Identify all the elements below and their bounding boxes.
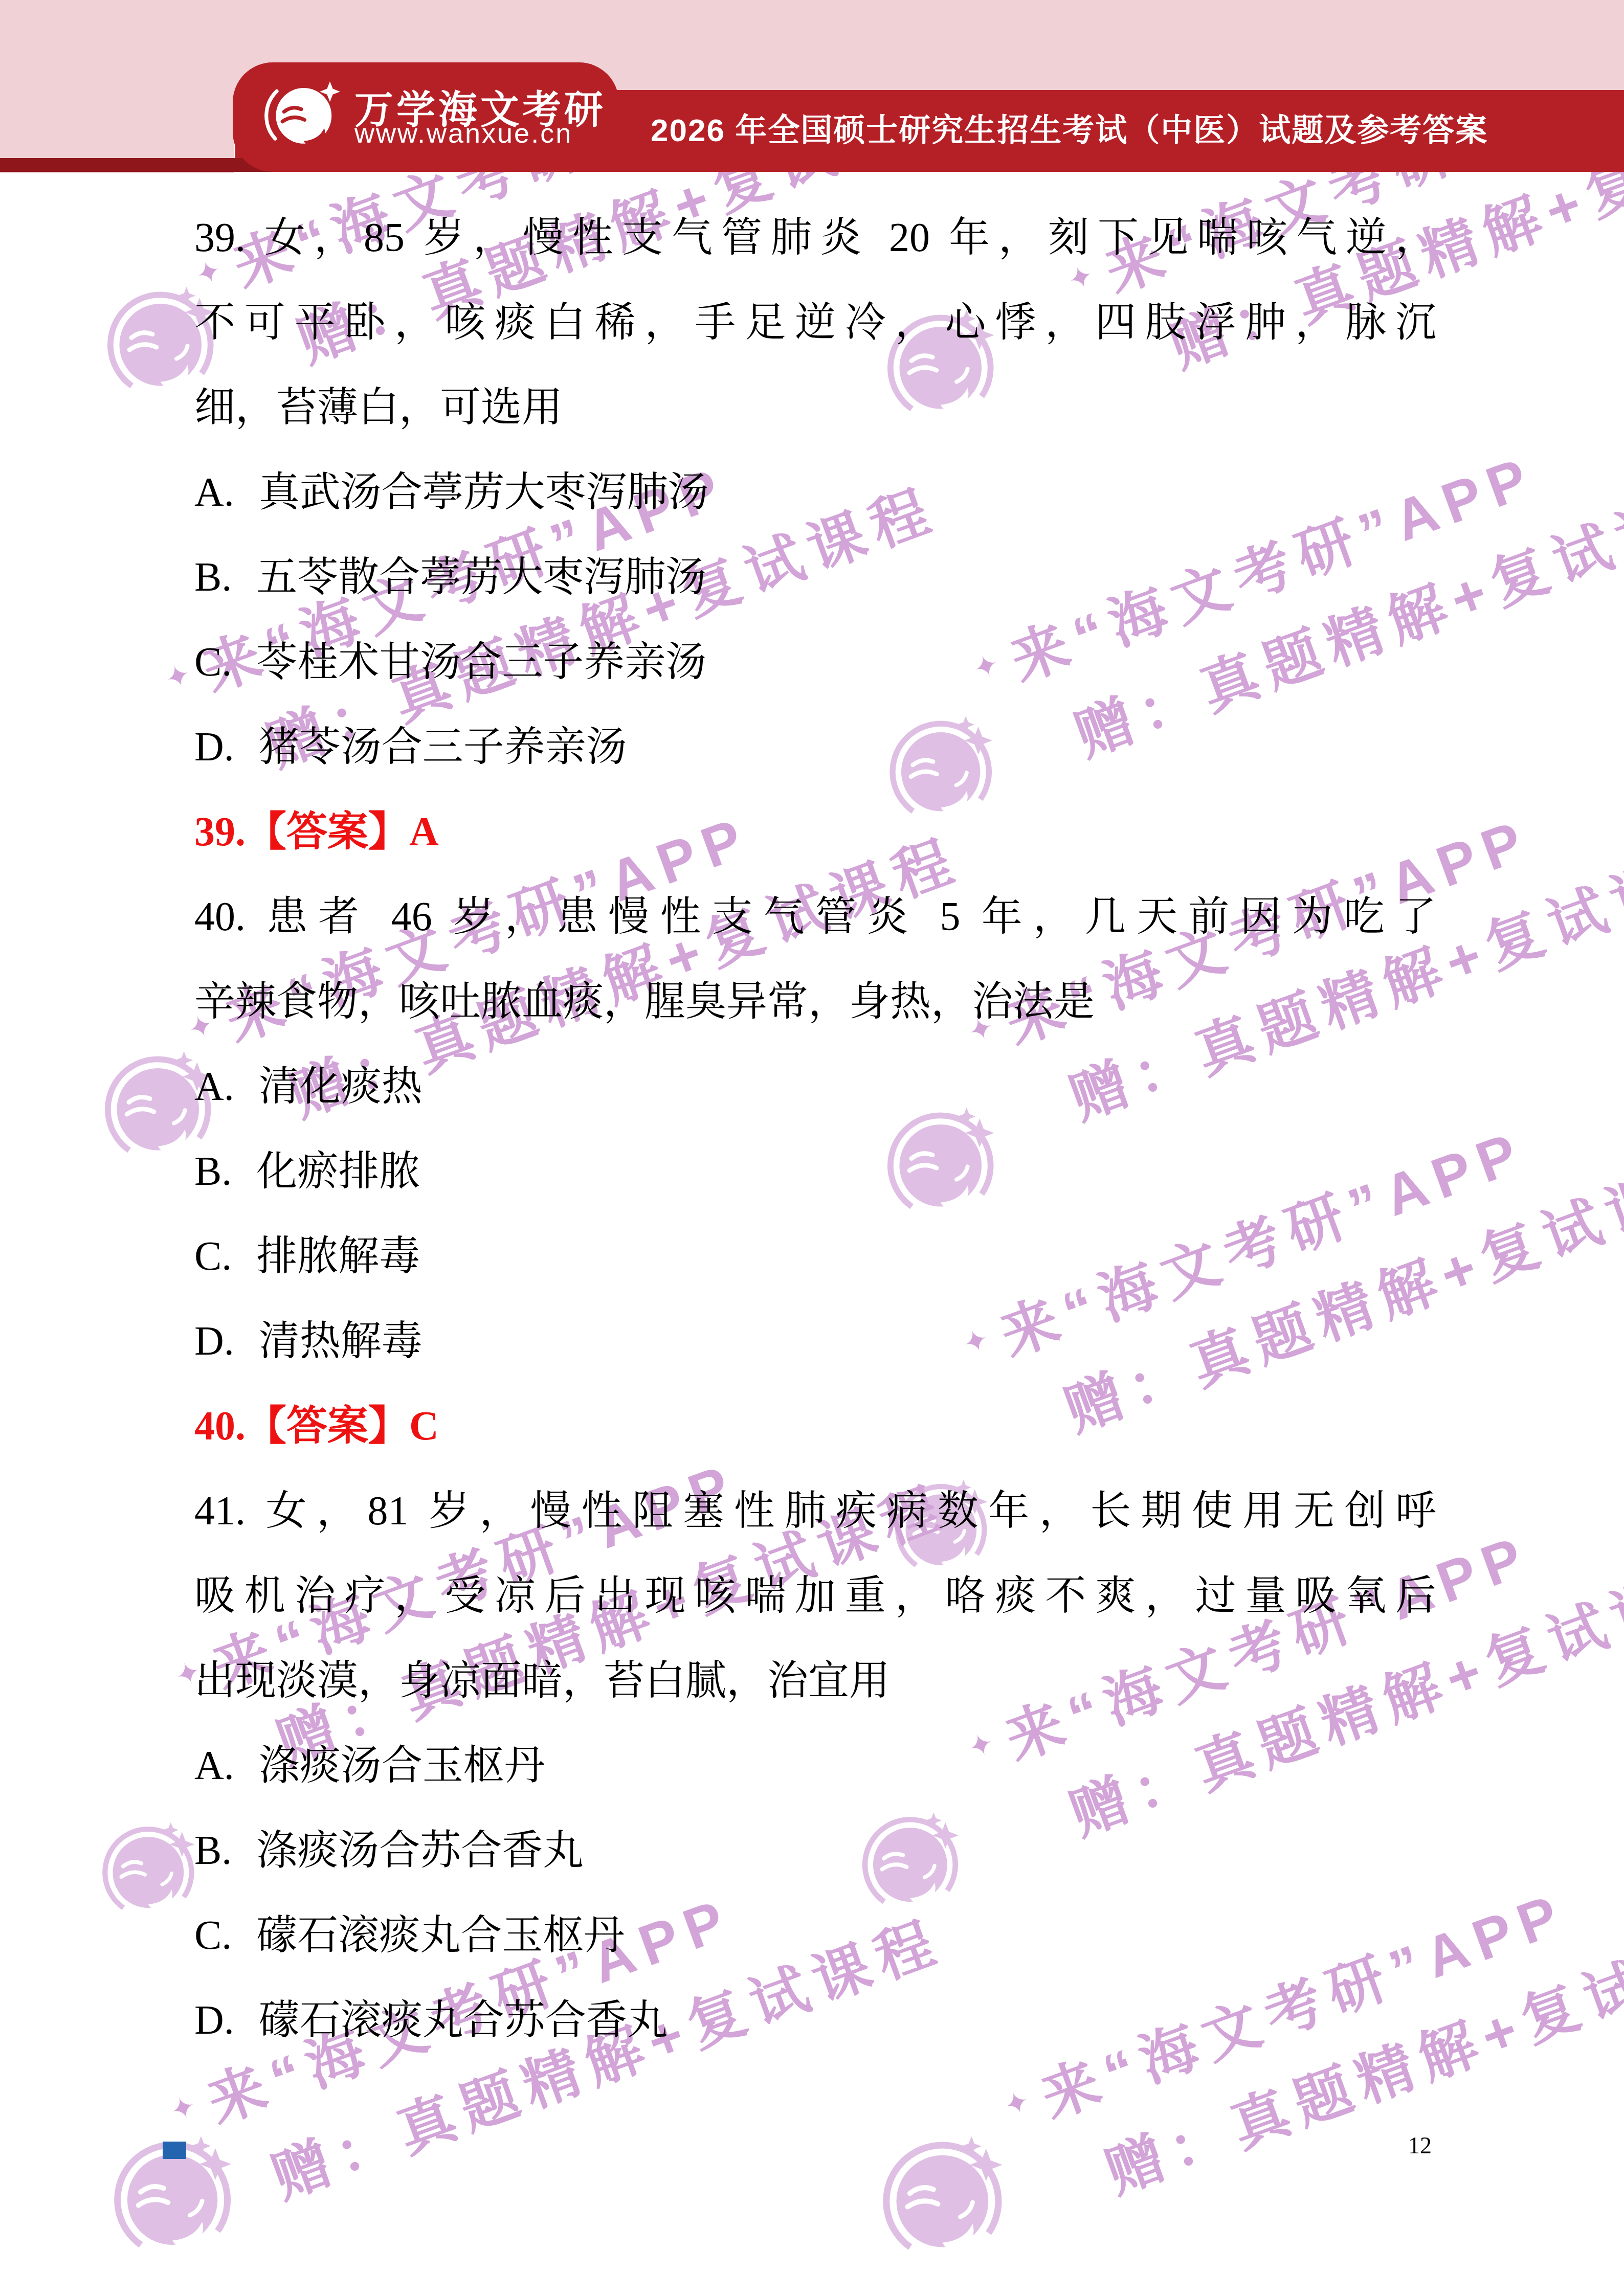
option-letter: B. xyxy=(194,555,232,600)
option-letter: C. xyxy=(194,1913,232,1958)
option-text: 清化痰热 xyxy=(259,1064,422,1109)
question-40-option-b: B.化瘀排脓 xyxy=(194,1129,1436,1214)
option-text: 真武汤合葶苈大枣泻肺汤 xyxy=(259,470,709,515)
sparkle-icon: ✦ xyxy=(166,2089,201,2129)
option-letter: B. xyxy=(194,1828,232,1873)
question-39-option-d: D.猪苓汤合三子养亲汤 xyxy=(194,705,1436,790)
option-letter: A. xyxy=(194,1064,234,1109)
option-letter: C. xyxy=(194,640,232,685)
option-text: 苓桂术甘汤合三子养亲汤 xyxy=(256,640,706,685)
question-39-line-1: 39. 女，85 岁，慢性支气管肺炎 20 年，刻下见喘咳气逆， xyxy=(194,195,1436,280)
question-39-option-a: A.真武汤合葶苈大枣泻肺汤 xyxy=(194,450,1436,535)
option-letter: C. xyxy=(194,1234,232,1279)
page: ✦来“海文考研”APP 赠：真题精解+复试课程 ✦来“海文考研”APP 赠：真题… xyxy=(0,0,1624,2296)
question-41-option-b: B.涤痰汤合苏合香丸 xyxy=(194,1808,1436,1893)
wanxue-logo-icon xyxy=(264,76,346,153)
sparkle-icon: ✦ xyxy=(999,2084,1034,2124)
question-40-answer: 40.【答案】C xyxy=(194,1384,1436,1469)
option-letter: A. xyxy=(194,1743,234,1788)
option-text: 猪苓汤合三子养亲汤 xyxy=(259,725,627,770)
question-41-line-3: 出现淡漠，身凉面暗，苔白腻，治宜用 xyxy=(194,1638,1436,1723)
option-text: 涤痰汤合苏合香丸 xyxy=(256,1828,584,1873)
banner-title: 2026 年全国硕士研究生招生考试（中医）试题及参考答案 xyxy=(651,90,1488,172)
question-41-option-d: D.礞石滚痰丸合苏合香丸 xyxy=(194,1978,1436,2063)
sparkle-icon: ✦ xyxy=(161,657,195,697)
question-40-option-a: A.清化痰热 xyxy=(194,1044,1436,1129)
question-39-line-2: 不可平卧，咳痰白稀，手足逆冷，心悸，四肢浮肿，脉沉 xyxy=(194,280,1436,365)
question-40-option-d: D.清热解毒 xyxy=(194,1299,1436,1384)
option-text: 排脓解毒 xyxy=(256,1234,420,1279)
wanxue-swirl-watermark-icon xyxy=(876,2127,1022,2262)
option-letter: A. xyxy=(194,470,234,515)
option-letter: D. xyxy=(194,725,234,770)
question-40-line-1: 40. 患者 46 岁，患慢性支气管炎 5 年，几天前因为吃了 xyxy=(194,874,1436,959)
header: 2026 年全国硕士研究生招生考试（中医）试题及参考答案 万学海文考研 www.… xyxy=(0,0,1624,184)
page-number: 12 xyxy=(1389,2132,1451,2159)
question-39-answer: 39.【答案】A xyxy=(194,790,1436,874)
option-letter: B. xyxy=(194,1149,232,1194)
option-text: 化瘀排脓 xyxy=(256,1149,420,1194)
question-41-line-2: 吸机治疗，受凉后出现咳喘加重，咯痰不爽，过量吸氧后 xyxy=(194,1554,1436,1638)
option-letter: D. xyxy=(194,1319,234,1364)
corner-marker xyxy=(163,2142,186,2159)
logo-url: www.wanxue.cn xyxy=(354,118,572,149)
question-41-option-c: C.礞石滚痰丸合玉枢丹 xyxy=(194,1893,1436,1978)
question-41-option-a: A.涤痰汤合玉枢丹 xyxy=(194,1723,1436,1808)
option-text: 礞石滚痰丸合玉枢丹 xyxy=(256,1913,625,1958)
question-39-line-3: 细，苔薄白，可选用 xyxy=(194,365,1436,450)
option-text: 礞石滚痰丸合苏合香丸 xyxy=(259,1998,668,2043)
wanxue-swirl-watermark-icon xyxy=(97,1815,210,1919)
logo-box: 万学海文考研 www.wanxue.cn xyxy=(233,62,619,172)
option-letter: D. xyxy=(194,1998,234,2043)
option-text: 涤痰汤合玉枢丹 xyxy=(259,1743,545,1788)
option-text: 清热解毒 xyxy=(259,1319,422,1364)
option-text: 五苓散合葶苈大枣泻肺汤 xyxy=(256,555,706,600)
question-content: 39. 女，85 岁，慢性支气管肺炎 20 年，刻下见喘咳气逆， 不可平卧，咳痰… xyxy=(194,195,1436,2063)
question-40-line-2: 辛辣食物，咳吐脓血痰，腥臭异常，身热，治法是 xyxy=(194,959,1436,1044)
header-pink-left-block xyxy=(0,0,234,173)
question-40-option-c: C.排脓解毒 xyxy=(194,1214,1436,1299)
question-39-option-b: B.五苓散合葶苈大枣泻肺汤 xyxy=(194,535,1436,620)
question-41-line-1: 41. 女，81 岁，慢性阻塞性肺疾病数年，长期使用无创呼 xyxy=(194,1469,1436,1554)
question-39-option-c: C.苓桂术甘汤合三子养亲汤 xyxy=(194,620,1436,705)
